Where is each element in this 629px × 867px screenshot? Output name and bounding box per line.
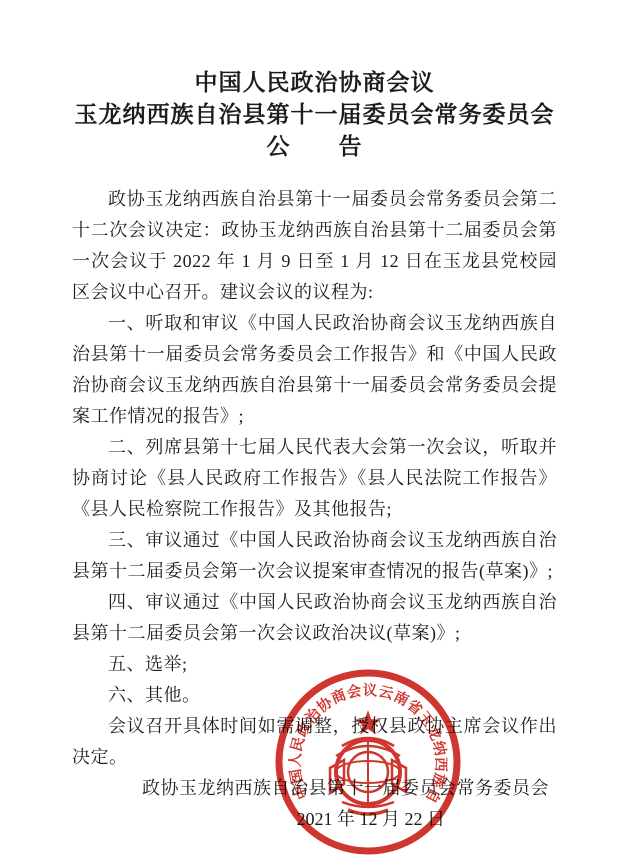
title-line-2: 玉龙纳西族自治县第十一届委员会常务委员会	[72, 98, 557, 130]
title-line-3: 公 告	[72, 130, 557, 162]
agenda-item-2: 二、列席县第十七届人民代表大会第一次会议，听取并协商讨论《县人民政府工作报告》《…	[72, 432, 557, 525]
signature-line: 政协玉龙纳西族自治县第十一届委员会常务委员会	[72, 773, 557, 804]
paragraph-intro: 政协玉龙纳西族自治县第十一届委员会常务委员会第二十二次会议决定：政协玉龙纳西族自…	[72, 184, 557, 308]
agenda-item-5: 五、选举;	[72, 649, 557, 680]
document-title: 中国人民政治协商会议 玉龙纳西族自治县第十一届委员会常务委员会 公 告	[72, 66, 557, 162]
agenda-item-6: 六、其他。	[72, 680, 557, 711]
document-page: 中国人民政治协商会议 玉龙纳西族自治县第十一届委员会常务委员会 公 告 政协玉龙…	[0, 0, 629, 867]
agenda-item-4: 四、审议通过《中国人民政治协商会议玉龙纳西族自治县第十二届委员会第一次会议政治决…	[72, 587, 557, 649]
closing-block: 政协玉龙纳西族自治县第十一届委员会常务委员会 2021 年 12 月 22 日	[72, 773, 557, 835]
title-line-1: 中国人民政治协商会议	[72, 66, 557, 98]
date-line: 2021 年 12 月 22 日	[72, 804, 557, 835]
paragraph-note: 会议召开具体时间如需调整，授权县政协主席会议作出决定。	[72, 711, 557, 773]
agenda-item-3: 三、审议通过《中国人民政治协商会议玉龙纳西族自治县第十二届委员会第一次会议提案审…	[72, 525, 557, 587]
document-body: 政协玉龙纳西族自治县第十一届委员会常务委员会第二十二次会议决定：政协玉龙纳西族自…	[72, 184, 557, 773]
agenda-item-1: 一、听取和审议《中国人民政治协商会议玉龙纳西族自治县第十一届委员会常务委员会工作…	[72, 308, 557, 432]
